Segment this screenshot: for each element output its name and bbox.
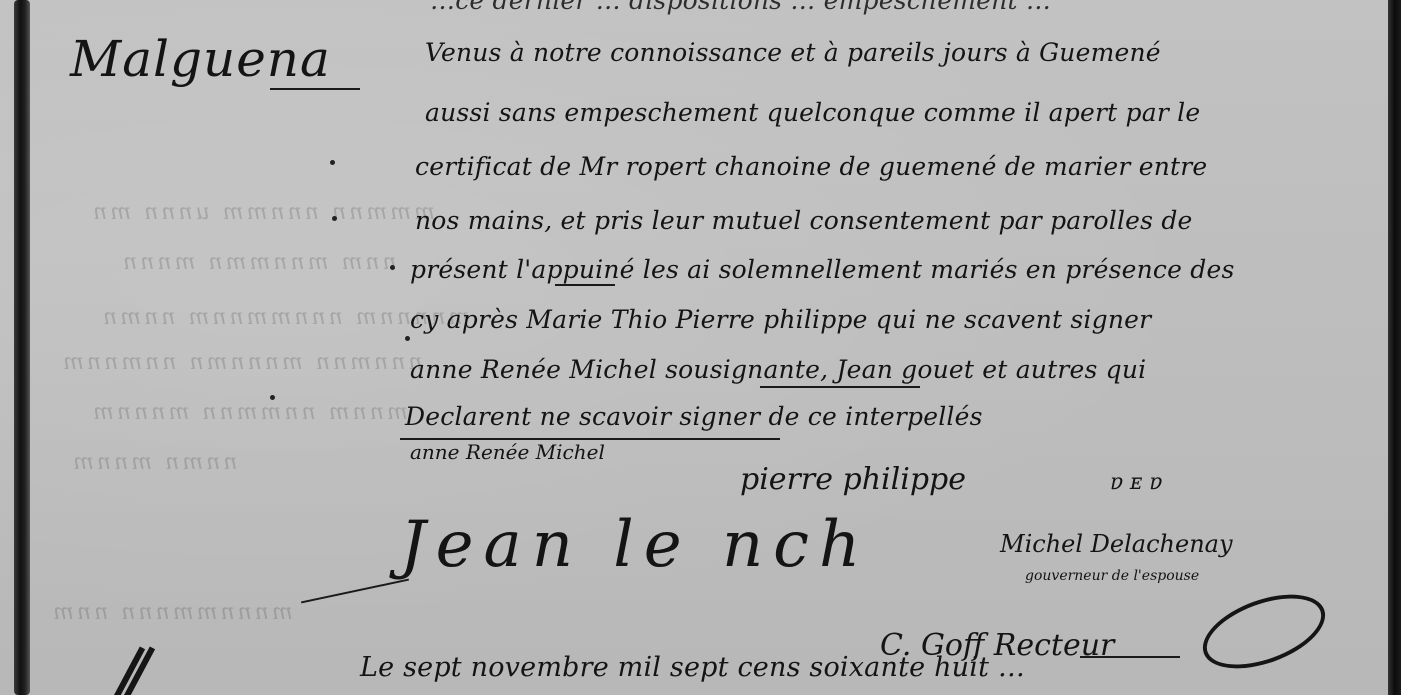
body-line-2: aussi sans empeschement quelconque comme… — [425, 98, 1200, 127]
signature-anne-michel: anne Renée Michel — [410, 440, 605, 464]
bleed-through-text: nnm mnnmmn mnnn — [120, 250, 397, 275]
recteur-underline — [1080, 656, 1180, 658]
bleed-through-text: nnmn mnnm — [70, 450, 237, 475]
margin-name-underline — [270, 88, 360, 90]
body-line-3: certificat de Mr ropert chanoine de guem… — [415, 152, 1207, 181]
margin-name: Malguena — [70, 30, 331, 88]
top-cut-line: …ce dernier … dispositions … empeschemen… — [430, 0, 1051, 15]
body-line-7: anne Renée Michel sousignante, Jean goue… — [410, 355, 1146, 384]
folio-mark — [110, 645, 150, 695]
body-line-6: cy après Marie Thio Pierre philippe qui … — [410, 305, 1151, 334]
bleed-through-text: mnnm nnmmnn mnnnm — [90, 400, 408, 425]
margin-dot — [405, 336, 410, 341]
body-line-8: Declarent ne scavoir signer de ce interp… — [405, 402, 983, 431]
signature-flourish — [301, 579, 409, 604]
bleed-through-text: mnnnmmnnn nnm — [50, 600, 293, 625]
recteur-flourish — [1193, 580, 1335, 683]
body-line-5: présent l'appuiné les ai solemnellement … — [410, 255, 1234, 284]
margin-dot — [330, 160, 335, 165]
left-binding-edge — [14, 0, 30, 695]
signature-michel-title: gouverneur de l'espouse — [1025, 568, 1199, 584]
strike-line — [555, 284, 615, 286]
next-entry-line: Le sept novembre mil sept cens soixante … — [360, 652, 1025, 683]
signature-jean: Jean le nch — [400, 508, 870, 582]
body-line-4: nos mains, et pris leur mutuel consentem… — [415, 206, 1193, 235]
margin-dot — [332, 216, 337, 221]
bleed-through-text: nnnmnn mnnnmn nnmnnm — [60, 350, 423, 375]
signature-rule — [760, 386, 920, 388]
body-line-1: Venus à notre connoissance et à pareils … — [425, 38, 1161, 67]
bleed-through-text: mmmnn nnnmm unnn mn — [90, 200, 435, 225]
signature-mark: ɐ ᴇ ɐ — [1110, 470, 1162, 495]
register-page: mmmnn nnnmm unnn mn nnm mnnmmn mnnn mnnn… — [0, 0, 1401, 695]
right-binding-edge — [1388, 0, 1401, 695]
margin-dot — [270, 395, 275, 400]
signature-pierre-philippe: pierre philippe — [740, 462, 966, 497]
signature-michel-delachenay: Michel Delachenay — [1000, 530, 1233, 558]
margin-dot — [390, 265, 395, 270]
